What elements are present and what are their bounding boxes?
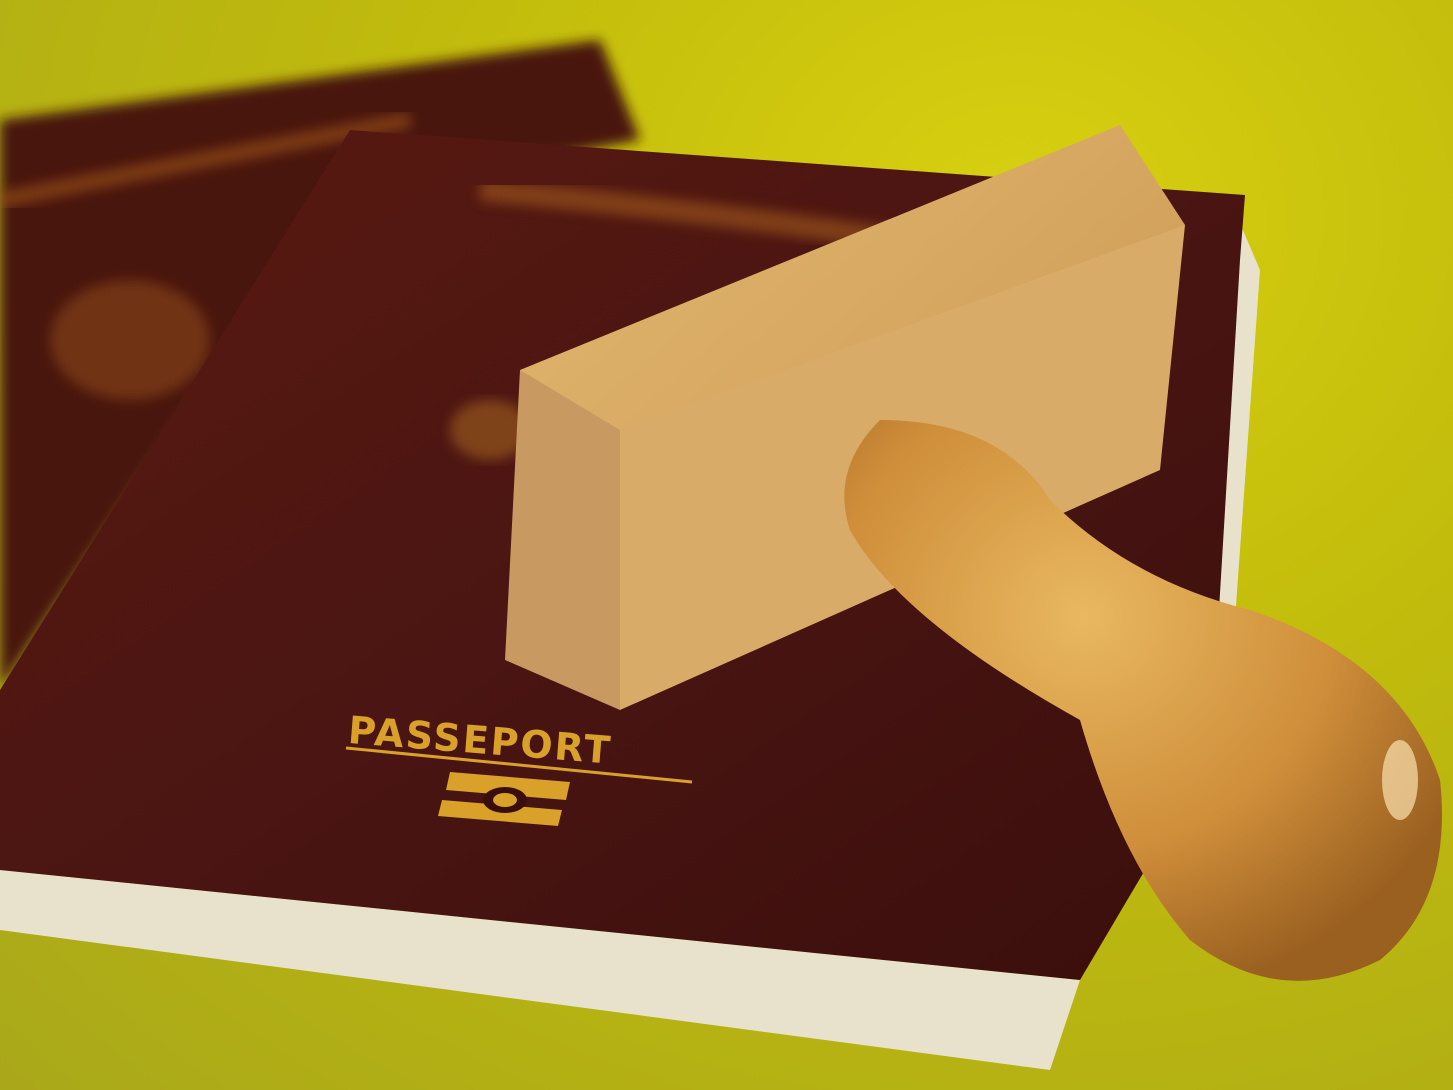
- photo-scene: PASSEPORT: [0, 0, 1453, 1090]
- photo-illustration: [0, 0, 1453, 1090]
